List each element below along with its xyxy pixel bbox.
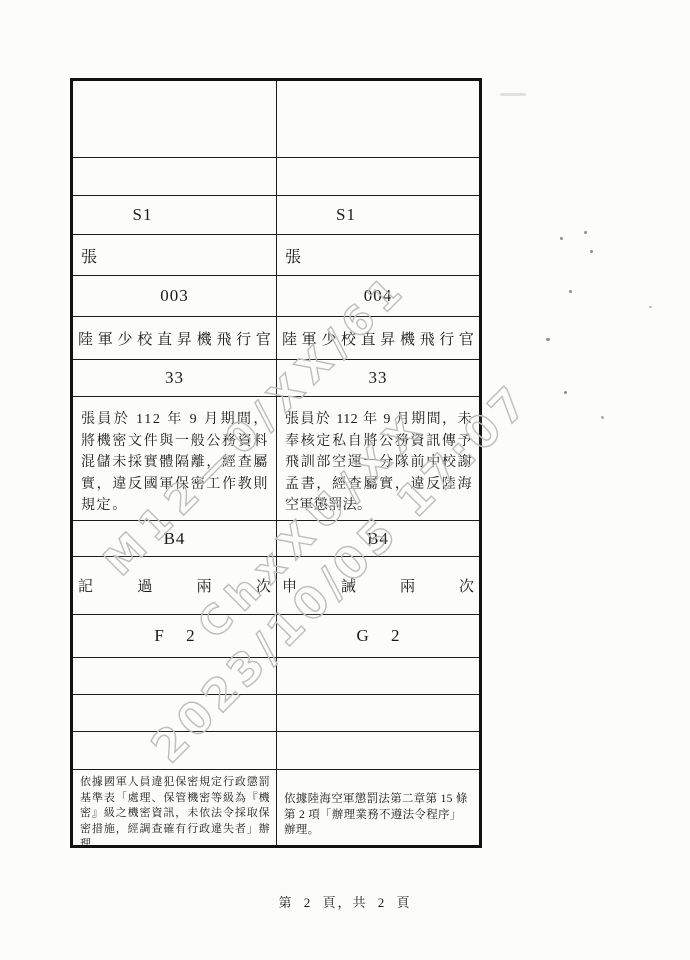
- scan-speck: [584, 231, 587, 234]
- table-row-blank-5: [73, 731, 479, 769]
- table-row-unit-code: S1 S1: [73, 195, 479, 234]
- facts-cell-right: 張員於 112 年 9 月期間，未奉核定私自將公務資訊傳予飛訓部空運一分隊前中校…: [276, 397, 479, 520]
- rank-title-cell-left: 陸軍少校直昇機飛行官: [73, 317, 276, 359]
- blank-cell-right: [276, 158, 479, 195]
- scan-smudge: [500, 93, 526, 96]
- age-cell-left: 33: [73, 360, 276, 396]
- scan-speck: [560, 237, 563, 240]
- category-code-cell-right: B4: [276, 521, 479, 556]
- table-row-blank-4: [73, 694, 479, 731]
- page-number-footer: 第 2 頁，共 2 頁: [0, 892, 690, 911]
- table-row-blank-3: [73, 657, 479, 694]
- scan-speck: [649, 306, 652, 308]
- serial-number-cell-left: 003: [73, 276, 276, 316]
- scan-speck: [569, 290, 572, 293]
- table-row-legal-basis: 依據國軍人員違犯保密規定行政懲罰基準表「處理、保管機密等級為『機密』級之機密資訊…: [73, 769, 479, 845]
- result-code-cell-left: F 2: [73, 615, 276, 657]
- blank-cell-left: [73, 81, 276, 157]
- unit-code-cell-left: S1: [73, 196, 276, 234]
- blank-cell-right: [276, 81, 479, 157]
- scan-speck: [590, 250, 593, 253]
- age-cell-right: 33: [276, 360, 479, 396]
- table-row-facts: 張員於 112 年 9 月期間，將機密文件與一般公務資料混儲未採實體隔離，經查屬…: [73, 396, 479, 520]
- scan-speck: [564, 391, 567, 394]
- category-code-cell-left: B4: [73, 521, 276, 556]
- unit-code-cell-right: S1: [276, 196, 479, 234]
- table-row-blank-2: [73, 157, 479, 195]
- legal-basis-cell-right: 依據陸海空軍懲罰法第二章第 15 條第 2 項「辦理業務不遵法令程序」辦理。: [276, 770, 479, 845]
- blank-cell-right: [276, 658, 479, 694]
- table-row-surname: 張 張: [73, 234, 479, 275]
- scan-speck: [546, 338, 550, 341]
- table-row-serial-number: 003 004: [73, 275, 479, 316]
- legal-basis-cell-left: 依據國軍人員違犯保密規定行政懲罰基準表「處理、保管機密等級為『機密』級之機密資訊…: [73, 770, 276, 845]
- result-code-cell-right: G 2: [276, 615, 479, 657]
- scanned-document-page: { "document": { "watermark": { "line1": …: [0, 0, 690, 960]
- table-row-category-code: B4 B4: [73, 520, 479, 556]
- personnel-record-table: S1 S1 張 張 003 004 陸軍少校直昇機飛行官 陸軍少校直昇機飛行官 …: [70, 78, 482, 848]
- scan-speck: [601, 416, 604, 419]
- punishment-cell-left: 記過兩次: [73, 557, 276, 614]
- serial-number-cell-right: 004: [276, 276, 479, 316]
- table-row-punishment: 記過兩次 申誡兩次: [73, 556, 479, 614]
- table-row-result-code: F 2 G 2: [73, 614, 479, 657]
- blank-cell-right: [276, 695, 479, 731]
- facts-cell-left: 張員於 112 年 9 月期間，將機密文件與一般公務資料混儲未採實體隔離，經查屬…: [73, 397, 276, 520]
- table-row-blank-1: [73, 81, 479, 157]
- blank-cell-left: [73, 158, 276, 195]
- table-row-age: 33 33: [73, 359, 479, 396]
- punishment-cell-right: 申誡兩次: [276, 557, 479, 614]
- surname-cell-left: 張: [73, 235, 276, 275]
- surname-cell-right: 張: [276, 235, 479, 275]
- blank-cell-left: [73, 658, 276, 694]
- blank-cell-left: [73, 732, 276, 769]
- table-row-rank-title: 陸軍少校直昇機飛行官 陸軍少校直昇機飛行官: [73, 316, 479, 359]
- blank-cell-right: [276, 732, 479, 769]
- rank-title-cell-right: 陸軍少校直昇機飛行官: [276, 317, 479, 359]
- blank-cell-left: [73, 695, 276, 731]
